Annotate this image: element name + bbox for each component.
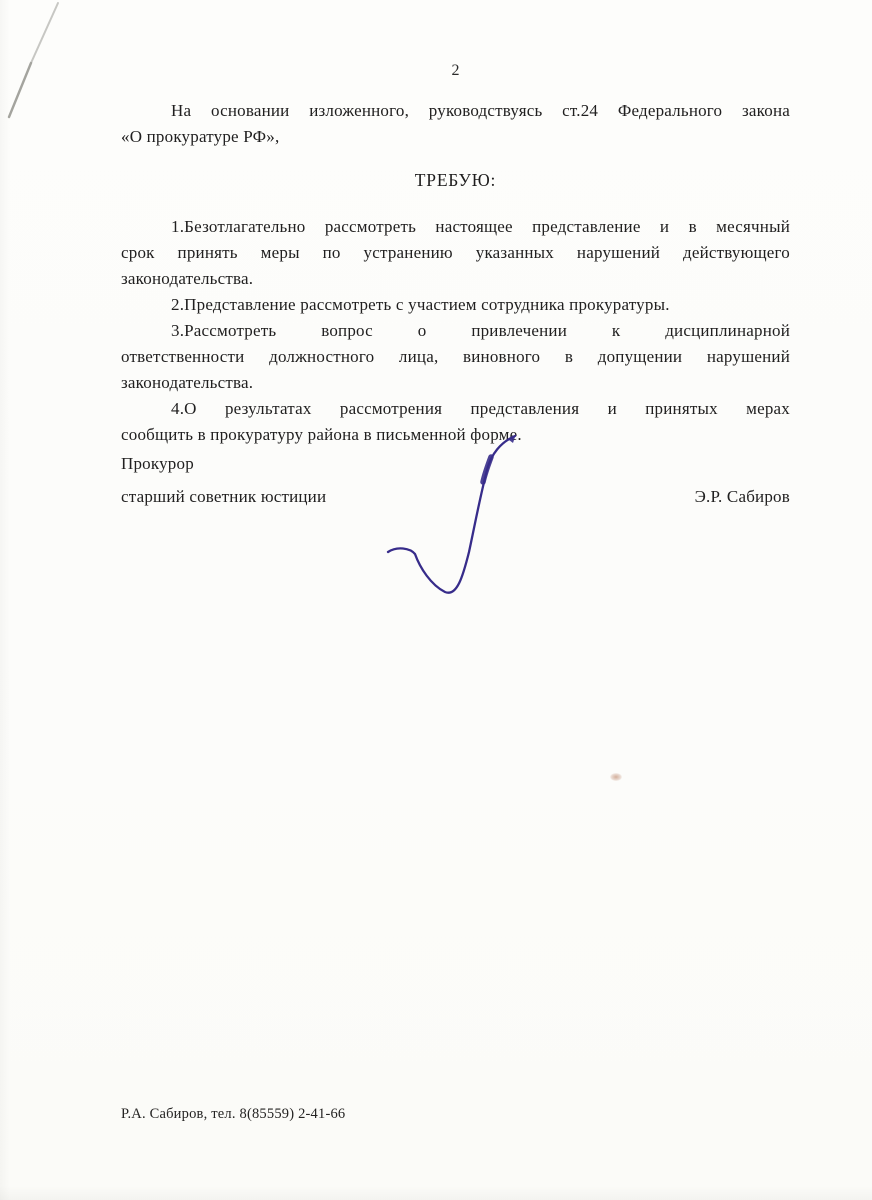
demand-item-2-line-1: 2.Представление рассмотреть с участием с… [121, 293, 790, 316]
demand-item-3-line-1: 3.Рассмотреть вопрос о привлечении к дис… [121, 319, 790, 342]
demand-item-3-line-2: ответственности должностного лица, винов… [121, 345, 790, 368]
scan-crease-artifact [0, 0, 80, 140]
scan-edge-shadow-bottom [0, 1186, 872, 1200]
demand-item-4-line-1: 4.О результатах рассмотрения представлен… [121, 397, 790, 420]
demand-item-1-line-2: срок принять меры по устранению указанны… [121, 241, 790, 264]
demand-heading: ТРЕБУЮ: [121, 170, 790, 191]
intro-paragraph-line-2: «О прокуратуре РФ», [121, 125, 790, 148]
scan-edge-shadow-left [0, 0, 10, 1200]
footer-contact: Р.А. Сабиров, тел. 8(85559) 2-41-66 [121, 1106, 345, 1123]
demand-item-3-line-3: законодательства. [121, 371, 790, 394]
page-number: 2 [121, 62, 790, 80]
intro-paragraph-line-1: На основании изложенного, руководствуясь… [121, 99, 790, 122]
demand-item-1-line-3: законодательства. [121, 267, 790, 290]
scanned-document-page: 2 На основании изложенного, руководствуя… [0, 0, 872, 1200]
demand-item-1-line-1: 1.Безотлагательно рассмотреть настоящее … [121, 215, 790, 238]
scan-speck-artifact [610, 773, 622, 781]
handwritten-signature [375, 426, 535, 611]
